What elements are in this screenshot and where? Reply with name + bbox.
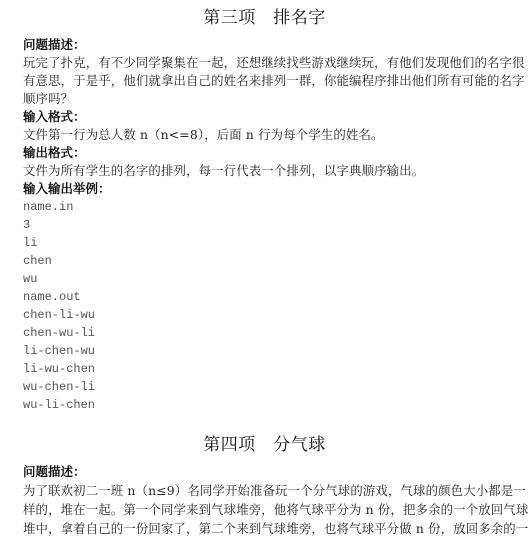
- problem-description-heading: 问题描述：: [23, 37, 86, 53]
- example-line: wu-chen-li: [23, 379, 95, 395]
- problem-description-line: 玩完了扑克，有不少同学聚集在一起，还想继续找些游戏继续玩，有他们发现他们的名字很: [23, 55, 525, 71]
- example-line: wu-li-chen: [23, 397, 95, 413]
- example-line: li-chen-wu: [23, 343, 95, 359]
- example-line: 3: [23, 217, 30, 233]
- problem-description-line: 有意思，于是乎，他们就拿出自己的姓名来排列一群，你能编程序排出他们所有可能的名字: [23, 73, 525, 89]
- input-format-heading: 输入格式：: [23, 109, 86, 125]
- example-line: chen: [23, 253, 52, 269]
- input-format-text: 文件第一行为总人数 n（n<=8），后面 n 行为每个学生的姓名。: [23, 127, 384, 143]
- example-line: name.out: [23, 289, 81, 305]
- problem-description-line: 顺序吗？: [23, 91, 73, 107]
- output-format-text: 文件为所有学生的名字的排列，每一行代表一个排列，以字典顺序输出。: [23, 163, 424, 179]
- example-line: chen-wu-li: [23, 325, 95, 341]
- example-line: li: [23, 235, 37, 251]
- problem-description-line: 为了联欢初二一班 n（n≤9）名同学开始准备玩一个分气球的游戏，气球的颜色大小都…: [23, 483, 526, 499]
- document-page: 第三项 排名字 问题描述： 玩完了扑克，有不少同学聚集在一起，还想继续找些游戏继…: [0, 0, 529, 557]
- problem-description-line: 样的，堆在一起。第一个同学来到气球堆旁，他将气球平分为 n 份，把多余的一个放回…: [23, 502, 528, 518]
- section-title: 第三项 排名字: [0, 8, 529, 28]
- example-heading: 输入输出举例：: [23, 181, 111, 197]
- example-line: chen-li-wu: [23, 307, 95, 323]
- output-format-heading: 输出格式：: [23, 145, 86, 161]
- problem-description-line: 堆中，拿着自己的一份回家了，第二个来到气球堆旁，也将气球平分做 n 份，放回多余…: [23, 521, 528, 537]
- section-title: 第四项 分气球: [0, 435, 529, 455]
- problem-description-heading: 问题描述：: [23, 464, 86, 480]
- example-line: li-wu-chen: [23, 361, 95, 377]
- example-line: name.in: [23, 199, 73, 215]
- example-line: wu: [23, 271, 37, 287]
